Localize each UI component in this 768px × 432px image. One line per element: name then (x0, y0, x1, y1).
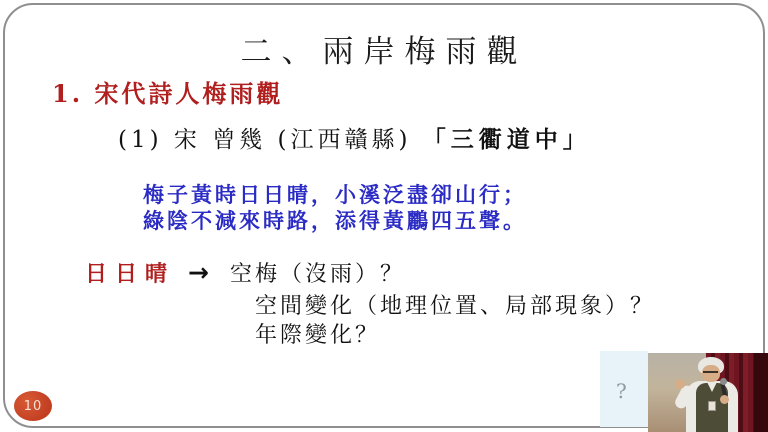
analysis-item-3: 年際變化？ (255, 318, 380, 349)
analysis-row: 日日晴 → 空梅（沒雨）？ (85, 257, 405, 288)
poem-author-text: (1) 宋 曾幾 (江西贛縣) (118, 127, 411, 153)
analysis-keyword: 日日晴 (85, 261, 175, 287)
poem-line-2: 綠陰不減來時路，添得黃鸝四五聲。 (143, 208, 527, 234)
ghost-question-mark: ? (616, 379, 627, 403)
presenter-mic-hand (720, 395, 729, 404)
presenter-glasses (703, 371, 718, 374)
analysis-item-2: 空間變化（地理位置、局部現象）？ (255, 289, 655, 320)
presenter-hand (675, 379, 685, 389)
poem-title-text: 「三衢道中」 (423, 126, 591, 153)
presenter-video (648, 353, 768, 432)
curtain-shadow (754, 353, 768, 432)
arrow-right-icon: → (188, 258, 209, 287)
poem-line-1: 梅子黃時日日晴，小溪泛盡卻山行； (143, 182, 527, 208)
page-number: 10 (24, 399, 43, 414)
section-heading: 1. 宋代詩人梅雨觀 (52, 74, 283, 109)
page-number-badge: 10 (14, 391, 52, 421)
slide-title: 二、兩岸梅雨觀 (0, 26, 768, 71)
analysis-item-1: 空梅（沒雨）？ (230, 262, 405, 287)
presenter-figure (684, 357, 744, 432)
presenter-name-badge (708, 401, 716, 411)
poem-block: 梅子黃時日日晴，小溪泛盡卻山行； 綠陰不減來時路，添得黃鸝四五聲。 (143, 182, 527, 234)
ghost-question-area: ? (600, 351, 648, 427)
poem-reference-line: (1) 宋 曾幾 (江西贛縣) 「三衢道中」 (118, 121, 591, 154)
microphone-head (720, 378, 727, 385)
